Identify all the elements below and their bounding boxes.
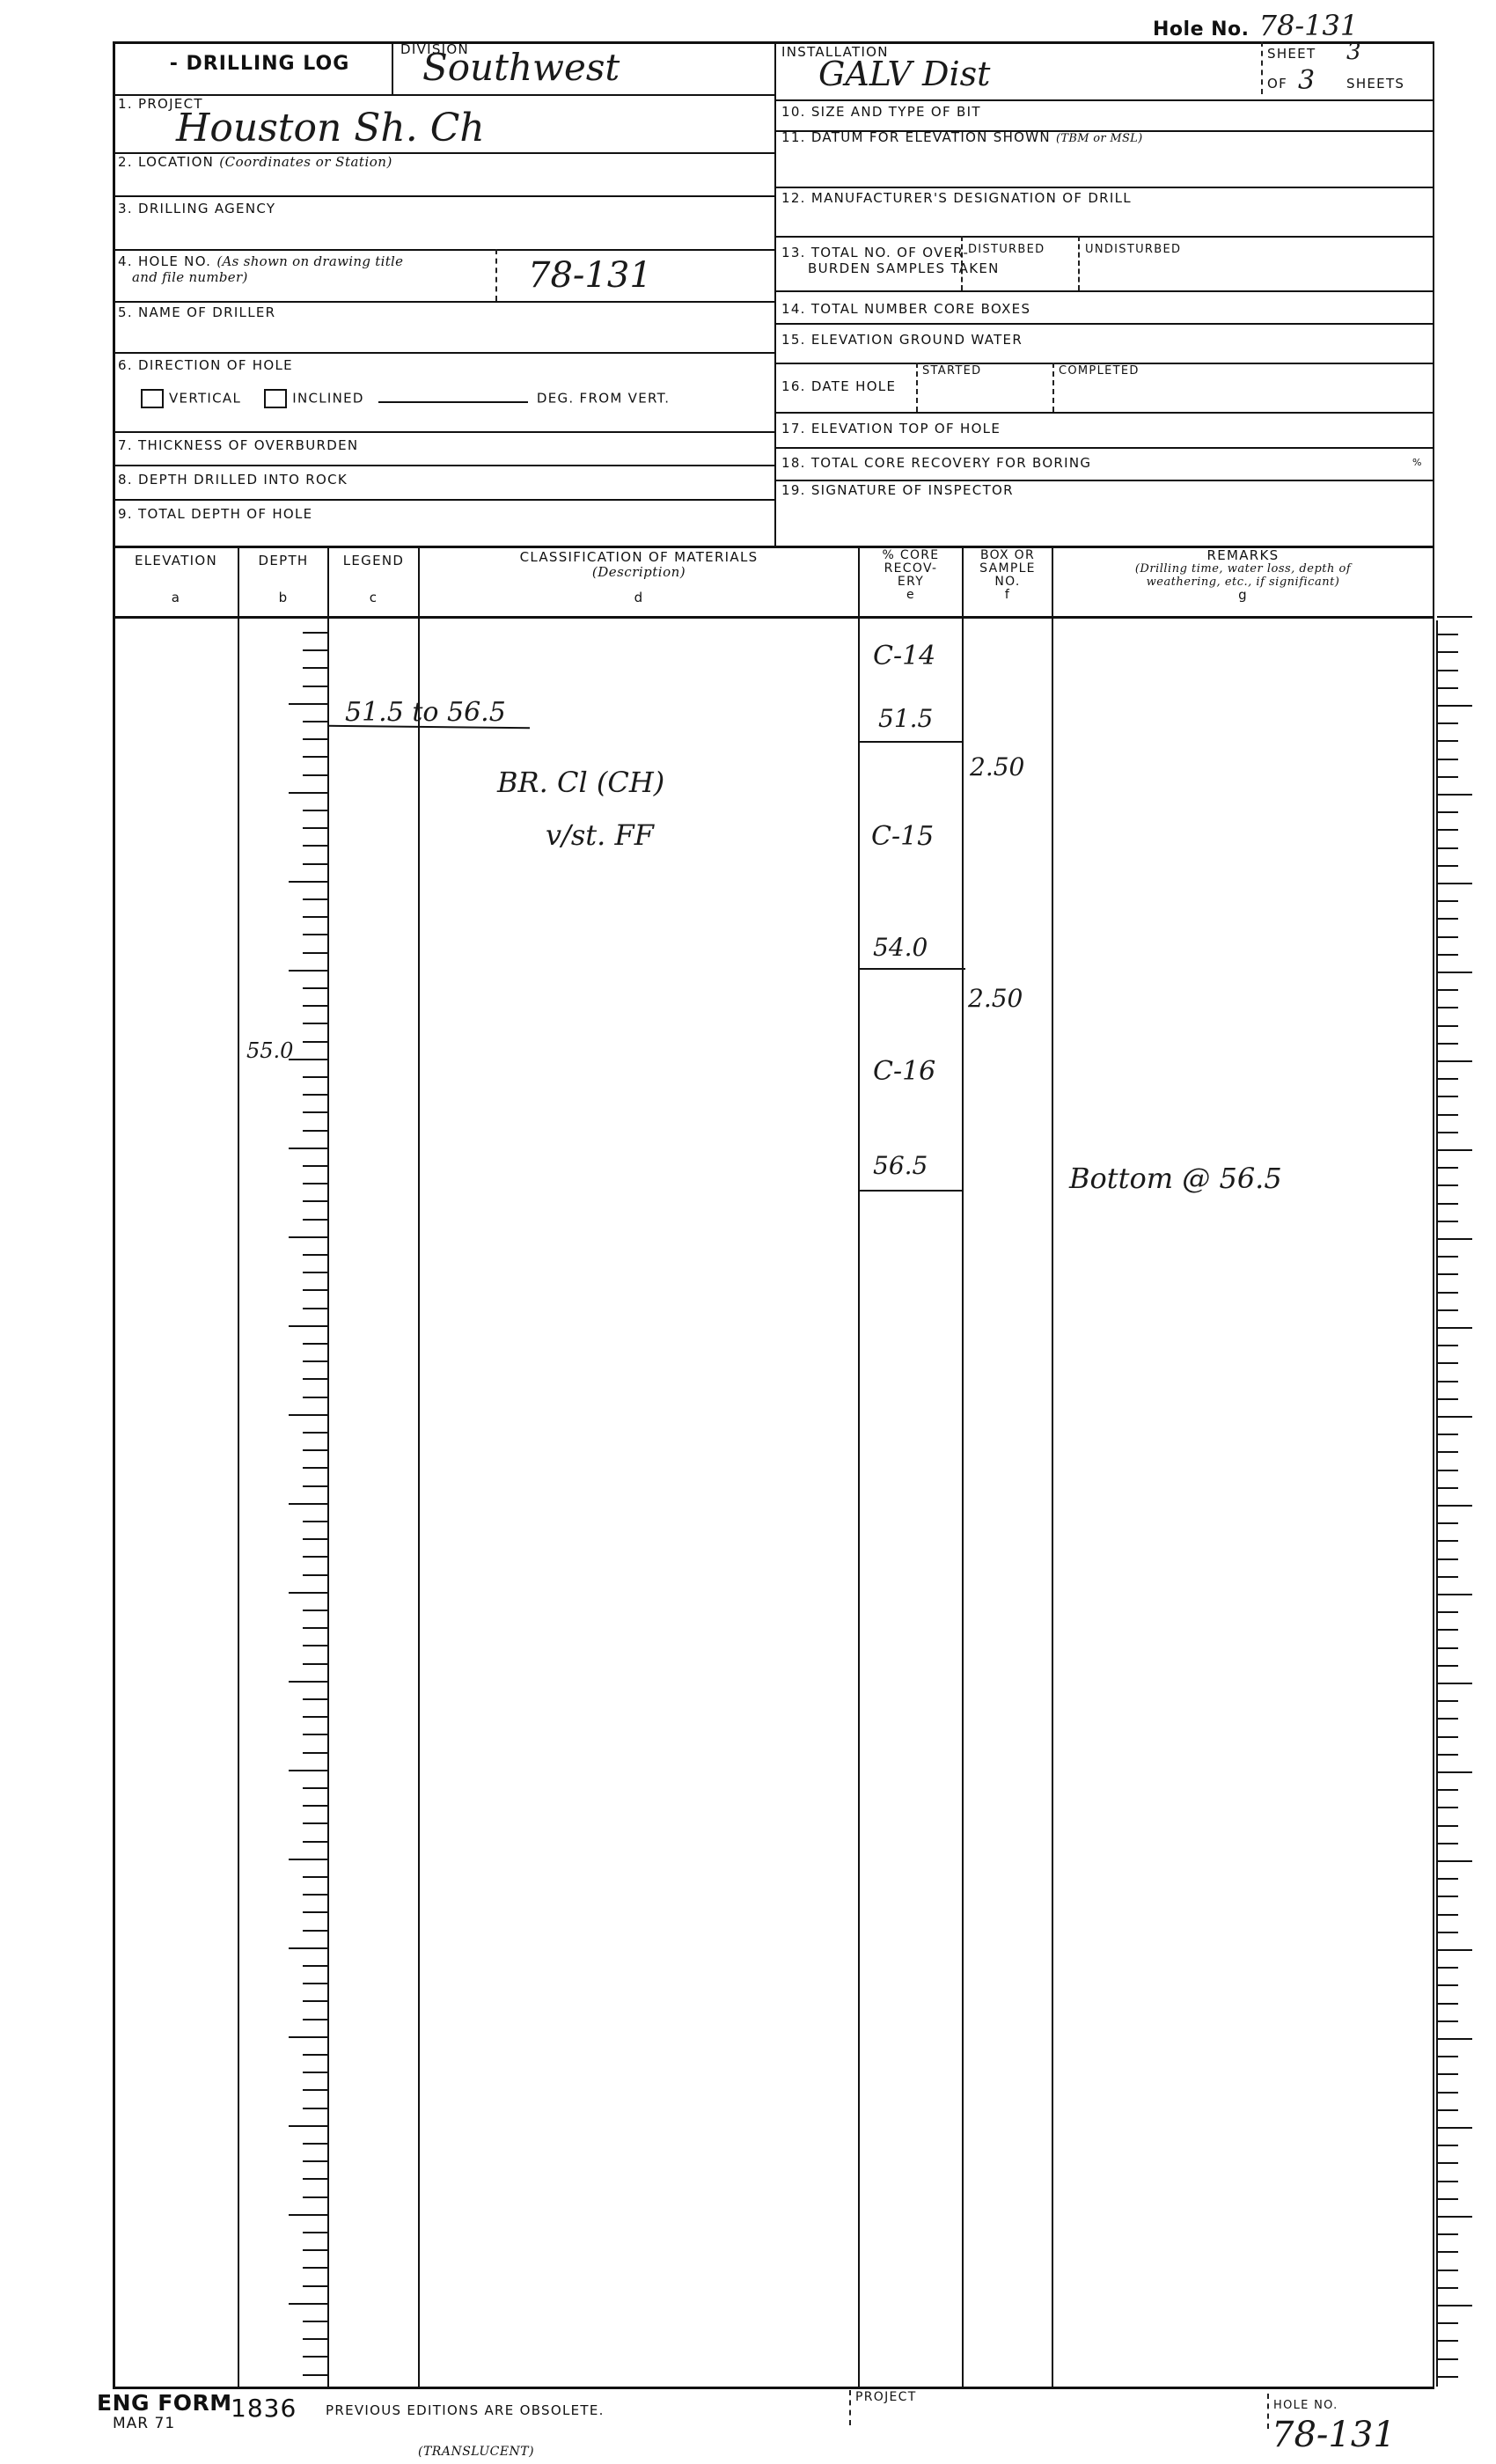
hole-hint-1: (As shown on drawing title	[216, 253, 403, 269]
edge-tick	[1437, 2003, 1458, 2005]
edge-tick	[1437, 1932, 1458, 1933]
depth-tick	[303, 1965, 327, 1967]
rule-3	[113, 195, 774, 197]
core-line-54-0	[858, 968, 965, 970]
edge-tick	[1437, 1381, 1458, 1382]
col-letter-d: d	[420, 590, 858, 605]
edge-tick	[1437, 1362, 1458, 1364]
location-hint: (Coordinates or Station)	[219, 154, 392, 170]
datum-label-text: 11. DATUM FOR ELEVATION SHOWN	[781, 129, 1051, 145]
edge-tick	[1437, 1878, 1458, 1880]
depth-tick	[303, 632, 327, 634]
rule-8	[113, 465, 774, 466]
depth-tick	[303, 1930, 327, 1932]
depth-tick	[289, 1770, 327, 1771]
col-letter-f: f	[964, 589, 1052, 602]
core-recovery-line-3: ERY	[860, 576, 962, 589]
sheet-label: SHEET	[1267, 46, 1316, 62]
inspector-label: 19. SIGNATURE OF INSPECTOR	[781, 482, 1014, 498]
depth-tick	[303, 810, 327, 811]
edge-tick	[1437, 1096, 1458, 1097]
rule-9	[113, 499, 774, 501]
depth-tick	[303, 1911, 327, 1913]
depth-tick	[303, 1574, 327, 1576]
edge-tick	[1437, 2376, 1458, 2378]
edge-tick	[1437, 2251, 1458, 2253]
depth-tick	[303, 738, 327, 740]
vertical-label: VERTICAL	[169, 391, 241, 407]
edge-tick	[1437, 1558, 1458, 1560]
edge-tick	[1437, 794, 1472, 796]
depth-tick	[303, 1219, 327, 1221]
samples-label-1: 13. TOTAL NO. OF OVER-	[781, 245, 969, 260]
edge-tick	[1437, 829, 1458, 831]
top-of-hole-label: 17. ELEVATION TOP OF HOLE	[781, 421, 1001, 436]
core-recovery-line-1: % CORE	[860, 549, 962, 562]
depth-tick	[303, 649, 327, 651]
col-letter-a: a	[114, 590, 238, 605]
obsolete-note: PREVIOUS EDITIONS ARE OBSOLETE.	[326, 2402, 605, 2418]
direction-options: VERTICAL INCLINED DEG. FROM VERT.	[141, 389, 670, 408]
hole-no-divider	[495, 249, 497, 301]
col-letter-b: b	[239, 590, 327, 605]
edge-tick	[1437, 1771, 1472, 1773]
core-entry-c14: C-14	[873, 641, 935, 671]
depth-tick	[303, 1023, 327, 1024]
depth-tick	[303, 1787, 327, 1789]
edge-tick	[1437, 1060, 1472, 1062]
edge-tick	[1437, 1967, 1458, 1969]
form-title: - DRILLING LOG	[132, 53, 387, 75]
edge-tick	[1437, 1487, 1458, 1489]
edge-tick	[1437, 1114, 1458, 1116]
edge-tick	[1437, 847, 1458, 849]
depth-tick	[303, 686, 327, 687]
samples-label-2: BURDEN SAMPLES TAKEN	[808, 260, 1000, 276]
edge-tick	[1437, 1860, 1472, 1862]
edge-tick	[1437, 1470, 1458, 1471]
edge-tick	[1437, 2198, 1458, 2200]
direction-label: 6. DIRECTION OF HOLE	[118, 357, 293, 373]
depth-tick	[303, 827, 327, 829]
edge-tick	[1437, 740, 1458, 742]
col-header-box-sample: BOX OR SAMPLE NO. f	[964, 549, 1052, 602]
edge-tick	[1437, 705, 1472, 707]
edge-tick	[1437, 883, 1472, 884]
edge-tick	[1437, 1327, 1472, 1329]
edge-tick	[1437, 1132, 1458, 1133]
rule-r3	[774, 187, 1433, 188]
edge-tick	[1437, 651, 1458, 653]
total-depth-label: 9. TOTAL DEPTH OF HOLE	[118, 506, 312, 522]
depth-tick	[303, 1005, 327, 1007]
footer-hole-value: 78-131	[1272, 2415, 1396, 2455]
depth-tick	[303, 2321, 327, 2322]
depth-tick	[303, 2356, 327, 2358]
rule-7	[113, 431, 774, 433]
degrees-input[interactable]	[378, 401, 528, 403]
rock-label: 8. DEPTH DRILLED INTO ROCK	[118, 472, 348, 488]
depth-tick	[303, 1983, 327, 1984]
hole-hint-2: and file number)	[132, 269, 248, 285]
depth-tick	[303, 667, 327, 669]
edge-tick	[1437, 1896, 1458, 1897]
depth-tick	[303, 2054, 327, 2056]
depth-tick	[289, 881, 327, 883]
footer-hole-label: HOLE NO.	[1273, 2399, 1338, 2412]
edge-tick	[1437, 2145, 1458, 2146]
rule-r8	[774, 412, 1433, 414]
depth-tick	[303, 1805, 327, 1807]
edge-tick	[1437, 616, 1472, 618]
edge-tick	[1437, 1700, 1458, 1702]
core-boxes-label: 14. TOTAL NUMBER CORE BOXES	[781, 301, 1030, 317]
col-divider-a	[238, 546, 239, 2387]
depth-tick	[303, 1556, 327, 1558]
depth-tick	[303, 2232, 327, 2233]
rule-r1	[774, 99, 1433, 101]
depth-tick	[303, 2160, 327, 2162]
depth-tick	[303, 2143, 327, 2145]
depth-tick	[303, 2338, 327, 2340]
depth-tick	[303, 1308, 327, 1309]
edge-tick	[1437, 1309, 1458, 1311]
installation-value: GALV Dist	[818, 55, 990, 93]
depth-tick	[303, 1698, 327, 1700]
of-label: OF	[1267, 76, 1287, 92]
core-line-51-5	[858, 741, 962, 743]
core-entry-56-5: 56.5	[873, 1151, 928, 1180]
depth-mark: 55.0	[246, 1038, 293, 1063]
edge-tick	[1437, 1825, 1458, 1827]
depth-tick	[303, 1822, 327, 1824]
col-letter-c: c	[329, 590, 418, 605]
col-header-core-recovery: % CORE RECOV- ERY e	[860, 549, 962, 602]
edge-tick	[1437, 2092, 1458, 2094]
vertical-checkbox[interactable]	[141, 389, 164, 408]
agency-label: 3. DRILLING AGENCY	[118, 201, 275, 216]
edge-tick	[1437, 1238, 1472, 1240]
depth-tick	[289, 1859, 327, 1860]
driller-label: 5. NAME OF DRILLER	[118, 304, 275, 320]
edge-tick	[1437, 2233, 1458, 2235]
edge-tick	[1437, 2056, 1458, 2057]
depth-tick	[303, 1076, 327, 1078]
edge-tick	[1437, 2073, 1458, 2075]
edge-tick	[1437, 865, 1458, 867]
edge-tick	[1437, 1273, 1458, 1275]
rule-r6	[774, 323, 1433, 325]
edge-tick	[1437, 670, 1458, 671]
depth-tick	[303, 1645, 327, 1646]
remarks-title: REMARKS	[1053, 549, 1433, 562]
depth-tick	[303, 1343, 327, 1345]
completed-label: COMPLETED	[1059, 364, 1140, 378]
depth-tick	[303, 2000, 327, 2002]
edge-tick	[1437, 972, 1472, 973]
edge-tick	[1437, 687, 1458, 689]
edge-tick	[1437, 1203, 1458, 1205]
samples-divider-2	[1078, 236, 1080, 290]
edge-tick	[1437, 900, 1458, 902]
description-line-1: BR. Cl (CH)	[497, 766, 664, 799]
depth-tick	[289, 792, 327, 794]
edge-tick	[1437, 1611, 1458, 1613]
core-recovery-line-2: RECOV-	[860, 562, 962, 576]
date-divider-1	[916, 363, 918, 412]
depth-tick	[303, 1752, 327, 1754]
edge-ruler-line	[1436, 620, 1438, 2387]
depth-tick	[289, 1148, 327, 1149]
date-hole-label: 16. DATE HOLE	[781, 378, 896, 394]
footer-hole-divider	[1267, 2394, 1269, 2429]
depth-tick	[289, 2214, 327, 2216]
edge-tick	[1437, 1949, 1472, 1951]
manufacturer-label: 12. MANUFACTURER'S DESIGNATION OF DRILL	[781, 190, 1132, 206]
edge-tick	[1437, 2358, 1458, 2360]
edge-tick	[1437, 1505, 1472, 1507]
inclined-checkbox[interactable]	[264, 389, 287, 408]
of-value: 3	[1298, 65, 1315, 96]
depth-tick	[289, 1503, 327, 1505]
depth-tick	[303, 1254, 327, 1256]
edge-tick	[1437, 2181, 1458, 2182]
edge-tick	[1437, 634, 1458, 635]
edge-tick	[1437, 1522, 1458, 1524]
edge-tick	[1437, 2020, 1458, 2022]
rule-1	[113, 94, 774, 96]
col-letter-e: e	[860, 589, 962, 602]
col-divider-f	[1052, 546, 1053, 2387]
edge-tick	[1437, 1434, 1458, 1435]
depth-tick	[303, 1876, 327, 1878]
depth-tick	[303, 2267, 327, 2269]
depth-tick	[303, 1200, 327, 1202]
depth-tick	[303, 1663, 327, 1665]
col-sub-classification: (Description)	[420, 564, 858, 580]
depth-tick	[289, 1414, 327, 1416]
edge-tick	[1437, 1647, 1458, 1649]
depth-tick	[303, 1627, 327, 1629]
overburden-label: 7. THICKNESS OF OVERBURDEN	[118, 437, 358, 453]
started-label: STARTED	[922, 364, 981, 378]
edge-tick	[1437, 918, 1458, 920]
form-name: ENG FORM	[97, 2390, 232, 2416]
depth-tick	[289, 1681, 327, 1683]
depth-tick	[303, 2285, 327, 2287]
rule-6	[113, 352, 774, 354]
disturbed-label: DISTURBED	[968, 243, 1045, 256]
depth-tick	[303, 1130, 327, 1132]
depth-tick	[303, 1272, 327, 1273]
edge-tick	[1437, 1078, 1458, 1080]
sheet-divider	[1261, 41, 1263, 94]
title-division-divider	[392, 41, 393, 94]
hole-label-text: 4. HOLE NO.	[118, 253, 211, 269]
location-label: 2. LOCATION (Coordinates or Station)	[118, 154, 392, 170]
depth-tick	[303, 1183, 327, 1184]
description-line-2: v/st. FF	[546, 818, 654, 852]
depth-tick	[289, 1325, 327, 1327]
edge-tick	[1437, 1736, 1458, 1738]
depth-tick	[303, 1094, 327, 1096]
depth-tick	[303, 1538, 327, 1540]
depth-tick	[289, 1059, 327, 1060]
location-label-text: 2. LOCATION	[118, 154, 214, 170]
hole-no-field-label: 4. HOLE NO. (As shown on drawing title	[118, 253, 403, 269]
form-top-border	[113, 41, 1434, 44]
form-number: 1836	[231, 2394, 297, 2423]
edge-tick	[1437, 1576, 1458, 1578]
depth-tick	[303, 756, 327, 758]
rule-5	[113, 301, 774, 303]
undisturbed-label: UNDISTURBED	[1085, 243, 1181, 256]
inclined-label: INCLINED	[292, 391, 364, 407]
core-recovery-label: 18. TOTAL CORE RECOVERY FOR BORING	[781, 455, 1091, 471]
edge-tick	[1437, 1718, 1458, 1720]
footer-project-label: PROJECT	[855, 2390, 917, 2404]
depth-tick	[303, 1521, 327, 1522]
depth-tick	[303, 1485, 327, 1487]
box-sample-line-2: SAMPLE	[964, 562, 1052, 576]
edge-tick	[1437, 1416, 1472, 1418]
box-sample-line-1: BOX OR	[964, 549, 1052, 562]
depth-tick	[303, 845, 327, 847]
date-divider-2	[1052, 363, 1054, 412]
box-entry-2: 2.50	[968, 984, 1023, 1013]
depth-tick	[303, 721, 327, 722]
translucent-note: (TRANSLUCENT)	[418, 2445, 534, 2459]
table-header-bottom	[113, 616, 1434, 619]
edge-tick	[1437, 2109, 1458, 2111]
depth-tick	[303, 2108, 327, 2109]
depth-tick	[303, 2196, 327, 2198]
edge-tick	[1437, 1184, 1458, 1186]
edge-tick	[1437, 1594, 1472, 1595]
edge-tick	[1437, 1754, 1458, 1756]
edge-tick	[1437, 811, 1458, 813]
edge-tick	[1437, 1292, 1458, 1294]
col-divider-e	[962, 546, 964, 2387]
depth-tick	[303, 1289, 327, 1291]
depth-tick	[303, 1610, 327, 1611]
depth-tick	[303, 1165, 327, 1167]
depth-tick	[303, 1432, 327, 1434]
form-right-border	[1433, 41, 1434, 2387]
depth-tick	[303, 934, 327, 935]
interval-text: 51.5 to 56.5	[345, 697, 506, 728]
box-sample-line-3: NO.	[964, 576, 1052, 589]
edge-tick	[1437, 1398, 1458, 1400]
box-entry-1: 2.50	[970, 752, 1024, 781]
edge-tick	[1437, 954, 1458, 956]
edge-tick	[1437, 1451, 1458, 1453]
depth-tick	[289, 1592, 327, 1594]
edge-tick	[1437, 1256, 1458, 1258]
hole-no-label: Hole No.	[1153, 18, 1250, 40]
datum-label: 11. DATUM FOR ELEVATION SHOWN (TBM or MS…	[781, 129, 1142, 145]
col-divider-b	[327, 546, 329, 2387]
depth-tick	[289, 970, 327, 972]
form-title-text: DRILLING LOG	[187, 53, 350, 75]
col-header-remarks: REMARKS (Drilling time, water loss, dept…	[1053, 549, 1433, 602]
depth-tick	[303, 1841, 327, 1843]
col-divider-c	[418, 546, 420, 2387]
division-value: Southwest	[422, 46, 620, 89]
edge-tick	[1437, 759, 1458, 760]
footer-project-divider	[849, 2390, 851, 2425]
depth-tick	[303, 2089, 327, 2091]
depth-tick	[303, 2178, 327, 2180]
deg-label: DEG. FROM VERT.	[537, 391, 670, 407]
header-center-divider	[774, 41, 776, 546]
edge-tick	[1437, 1984, 1458, 1986]
top-hole-number: Hole No. 78-131	[1153, 9, 1358, 42]
sheets-label: SHEETS	[1346, 76, 1404, 92]
depth-tick	[303, 2019, 327, 2020]
edge-tick	[1437, 2305, 1472, 2306]
depth-tick	[303, 2249, 327, 2251]
remark-bottom: Bottom @ 56.5	[1069, 1162, 1282, 1195]
depth-tick	[289, 2036, 327, 2038]
edge-tick	[1437, 2038, 1472, 2040]
col-header-legend: LEGEND	[329, 553, 418, 568]
col-header-depth: DEPTH	[239, 553, 327, 568]
hole-no-value: 78-131	[1259, 9, 1359, 42]
depth-tick	[289, 1947, 327, 1949]
rule-r4	[774, 236, 1433, 238]
edge-tick	[1437, 2340, 1458, 2342]
edge-tick	[1437, 2162, 1458, 2164]
remarks-sub-1: (Drilling time, water loss, depth of	[1053, 562, 1433, 576]
edge-tick	[1437, 1629, 1458, 1631]
edge-tick	[1437, 1789, 1458, 1791]
depth-tick	[303, 1397, 327, 1398]
edge-tick	[1437, 1043, 1458, 1045]
edge-tick	[1437, 1683, 1472, 1684]
core-line-56-5	[858, 1190, 962, 1192]
depth-tick	[303, 774, 327, 776]
sheet-value: 3	[1346, 39, 1361, 65]
depth-tick	[289, 2125, 327, 2127]
depth-tick	[303, 1360, 327, 1362]
edge-tick	[1437, 1807, 1458, 1808]
depth-tick	[303, 2374, 327, 2376]
edge-tick	[1437, 1843, 1458, 1844]
depth-tick	[303, 1041, 327, 1043]
edge-tick	[1437, 1149, 1472, 1151]
core-entry-51-5: 51.5	[878, 704, 933, 733]
depth-tick	[303, 1894, 327, 1896]
project-value: Houston Sh. Ch	[176, 106, 485, 150]
edge-tick	[1437, 1540, 1458, 1542]
rule-4	[113, 249, 774, 251]
form-date: MAR 71	[113, 2415, 175, 2432]
edge-tick	[1437, 2270, 1458, 2271]
edge-tick	[1437, 2322, 1458, 2324]
edge-tick	[1437, 1025, 1458, 1027]
depth-tick	[303, 898, 327, 900]
depth-tick	[303, 1734, 327, 1735]
rule-r5	[774, 290, 1433, 292]
depth-tick	[303, 1111, 327, 1113]
edge-tick	[1437, 1914, 1458, 1916]
depth-tick	[289, 703, 327, 705]
col-letter-g: g	[1053, 589, 1433, 602]
core-entry-c15: C-15	[871, 821, 934, 852]
form-left-border	[113, 41, 115, 2387]
col-divider-d	[858, 546, 860, 2387]
